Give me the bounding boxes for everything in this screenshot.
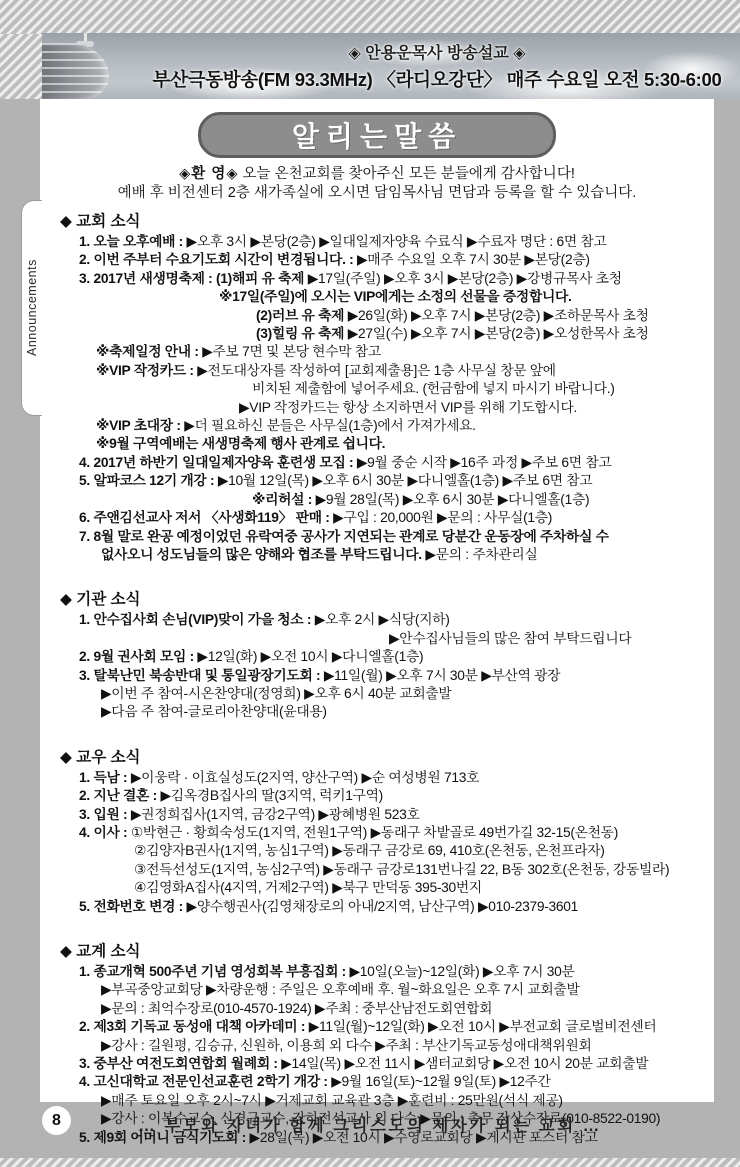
announcement-line: ※17일(주일)에 오시는 VIP에게는 소정의 선물을 증정합니다. [44, 288, 708, 306]
announcement-line: 비치된 제출함에 넣어주세요. (헌금함에 넣지 마시기 바랍니다.) [44, 380, 708, 398]
announcement-line: ※VIP 작정카드 : ▶전도대상자를 작성하여 [교회제출용]은 1층 사무실… [44, 362, 708, 380]
section-3: ◆ 교우 소식1. 득남 : ▶이웅락 · 이효실성도(2지역, 양산구역) ▶… [44, 745, 708, 916]
announcement-line: ④김영화A집사(4지역, 거제2구역) ▶북구 만덕동 395-30번지 [44, 879, 708, 897]
announcement-line: ▶이번 주 참여-시온찬양대(정영희) ▶오후 6시 40분 교회출발 [44, 685, 708, 703]
announcement-line: ※리허설 : ▶9월 28일(목) ▶오후 6시 30분 ▶다니엘홀(1층) [44, 491, 708, 509]
announcement-line: ▶VIP 작정카드는 항상 소지하면서 VIP를 위해 기도합시다. [44, 399, 708, 417]
announcements-title-pill: 알리는말씀 [198, 112, 556, 158]
announcement-line: 2. 9월 권사회 모임 : ▶12일(화) ▶오전 10시 ▶다니엘홀(1층) [44, 648, 708, 666]
announcement-line: 6. 주앤김선교사 저서 〈사생화119〉 판매 : ▶구입 : 20,000원… [44, 509, 708, 527]
announcement-line: 1. 종교개혁 500주년 기념 영성회복 부흥집회 : ▶10일(오늘)~12… [44, 963, 708, 981]
section-title: ◆ 교회 소식 [60, 209, 708, 231]
tower-body [42, 43, 109, 99]
broadcast-tower-image [42, 33, 137, 99]
welcome-message: ◈환 영◈ 오늘 온천교회를 찾아주신 모든 분들에게 감사합니다! 예배 후 … [40, 165, 714, 203]
announcement-line: 5. 전화번호 변경 : ▶양수행권사(김영채장로의 아내/2지역, 남산구역)… [44, 898, 708, 916]
welcome-line-2: 예배 후 비전센터 2층 새가족실에 오시면 담임목사님 면담과 등록을 할 수… [40, 184, 714, 203]
announcement-line: ▶강사 : 길원평, 김승규, 신원하, 이용희 외 다수 ▶주최 : 부산기독… [44, 1037, 708, 1055]
section-title: ◆ 교계 소식 [60, 939, 708, 961]
section-2: ◆ 기관 소식1. 안수집사회 손님(VIP)맞이 가을 청소 : ▶오후 2시… [44, 587, 708, 721]
sections: ◆ 교회 소식1. 오늘 오후예배 : ▶오후 3시 ▶본당(2층) ▶일대일제… [40, 203, 714, 1147]
announcement-line: 3. 2017년 새생명축제 : (1)해피 유 축제 ▶17일(주일) ▶오후… [44, 270, 708, 288]
announcement-line: 2. 지난 결혼 : ▶김옥경B집사의 딸(3지역, 럭키1구역) [44, 787, 708, 805]
announcements-side-tab: Announcements [21, 200, 42, 416]
announcement-line: 3. 입원 : ▶권정희집사(1지역, 금강2구역) ▶광혜병원 523호 [44, 806, 708, 824]
welcome-text: 오늘 온천교회를 찾아주신 모든 분들에게 감사합니다! [239, 166, 575, 182]
announcement-line: ※축제일정 안내 : ▶주보 7면 및 본당 현수막 참고 [44, 343, 708, 361]
left-stripe-band [0, 34, 42, 99]
section-title: ◆ 기관 소식 [60, 587, 708, 609]
announcement-line: 4. 2017년 하반기 일대일제자양육 훈련생 모집 : ▶9월 중순 시작 … [44, 454, 708, 472]
announcement-line: 3. 탈북난민 북송반대 및 통일광장기도회 : ▶11일(월) ▶오후 7시 … [44, 667, 708, 685]
announcement-line: 2. 이번 주부터 수요기도회 시간이 변경됩니다. : ▶매주 수요일 오후 … [44, 251, 708, 269]
announcement-line: 7. 8월 말로 완공 예정이었던 유락여중 공사가 지연되는 관계로 당분간 … [44, 528, 708, 546]
announcement-line: ▶부곡중앙교회당 ▶차량운행 : 주일은 오후예배 후. 월~화요일은 오후 7… [44, 981, 708, 999]
broadcast-schedule: 부산극동방송(FM 93.3MHz) 〈라디오강단〉 매주 수요일 오전 5:3… [142, 66, 732, 92]
announcement-line: (3)힐링 유 축제 ▶27일(수) ▶오후 7시 ▶본당(2층) ▶오성한목사… [44, 325, 708, 343]
church-motto: … 부모와 자녀가 함께 그리스도의 제자가 되는 교회 … [0, 1112, 740, 1136]
announcement-line: 없사오니 성도님들의 많은 양해와 협조를 부탁드립니다. ▶문의 : 주차관리… [44, 546, 708, 564]
announcement-line: 1. 오늘 오후예배 : ▶오후 3시 ▶본당(2층) ▶일대일제자양육 수료식… [44, 233, 708, 251]
broadcast-sermon-title: ◈ 안용운목사 방송설교 ◈ [142, 40, 732, 63]
announcement-line: 1. 안수집사회 손님(VIP)맞이 가을 청소 : ▶오후 2시 ▶식당(지하… [44, 611, 708, 629]
announcement-line: ③전득선성도(1지역, 농심2구역) ▶동래구 금강로131번나길 22, B동… [44, 861, 708, 879]
welcome-line-1: ◈환 영◈ 오늘 온천교회를 찾아주신 모든 분들에게 감사합니다! [40, 165, 714, 184]
announcement-line: ②김양자B권사(1지역, 농심1구역) ▶동래구 금강로 69, 410호(온천… [44, 842, 708, 860]
announcement-line: ※VIP 초대장 : ▶더 필요하신 분들은 사무실(1층)에서 가져가세요. [44, 417, 708, 435]
announcement-line: 1. 득남 : ▶이웅락 · 이효실성도(2지역, 양산구역) ▶순 여성병원 … [44, 769, 708, 787]
announcement-line: ※9월 구역예배는 새생명축제 행사 관계로 쉽니다. [44, 435, 708, 453]
announcement-line: 2. 제3회 기독교 동성애 대책 아카데미 : ▶11일(월)~12일(화) … [44, 1018, 708, 1036]
announcement-line: ▶문의 : 최억수장로(010-4570-1924) ▶주최 : 중부산남전도회… [44, 1000, 708, 1018]
bottom-stripe-band [0, 1158, 740, 1167]
announcement-line: 4. 고신대학교 전문인선교훈련 2학기 개강 : ▶9월 16일(토)~12월… [44, 1073, 708, 1091]
announcement-line: ▶안수집사님들의 많은 참여 부탁드립니다 [44, 630, 708, 648]
broadcast-header-banner: ◈ 안용운목사 방송설교 ◈ 부산극동방송(FM 93.3MHz) 〈라디오강단… [42, 33, 740, 99]
side-tab-label: Announcements [25, 211, 39, 405]
section-1: ◆ 교회 소식1. 오늘 오후예배 : ▶오후 3시 ▶본당(2층) ▶일대일제… [44, 209, 708, 564]
banner-text: ◈ 안용운목사 방송설교 ◈ 부산극동방송(FM 93.3MHz) 〈라디오강단… [142, 33, 732, 92]
top-stripe-band [0, 0, 740, 34]
announcement-line: (2)러브 유 축제 ▶26일(화) ▶오후 7시 ▶본당(2층) ▶조하문목사… [44, 307, 708, 325]
announcement-line: ▶다음 주 참여-글로리아찬양대(윤대용) [44, 703, 708, 721]
announcements-title: 알리는말씀 [292, 115, 462, 155]
section-title: ◆ 교우 소식 [60, 745, 708, 767]
announcement-line: 4. 이사 : ①박현근 · 황희숙성도(1지역, 전원1구역) ▶동래구 차밭… [44, 824, 708, 842]
bulletin-page-panel: 알리는말씀 ◈환 영◈ 오늘 온천교회를 찾아주신 모든 분들에게 감사합니다!… [40, 99, 714, 1102]
welcome-label: ◈환 영◈ [179, 166, 238, 182]
announcement-line: 5. 알파코스 12기 개강 : ▶10월 12일(목) ▶오후 6시 30분 … [44, 472, 708, 490]
announcement-line: 3. 중부산 여전도회연합회 월례회 : ▶14일(목) ▶오전 11시 ▶샘터… [44, 1055, 708, 1073]
announcement-line: ▶매주 토요일 오후 2시~7시 ▶거제교회 교육관 3층 ▶훈련비 : 25만… [44, 1092, 708, 1110]
